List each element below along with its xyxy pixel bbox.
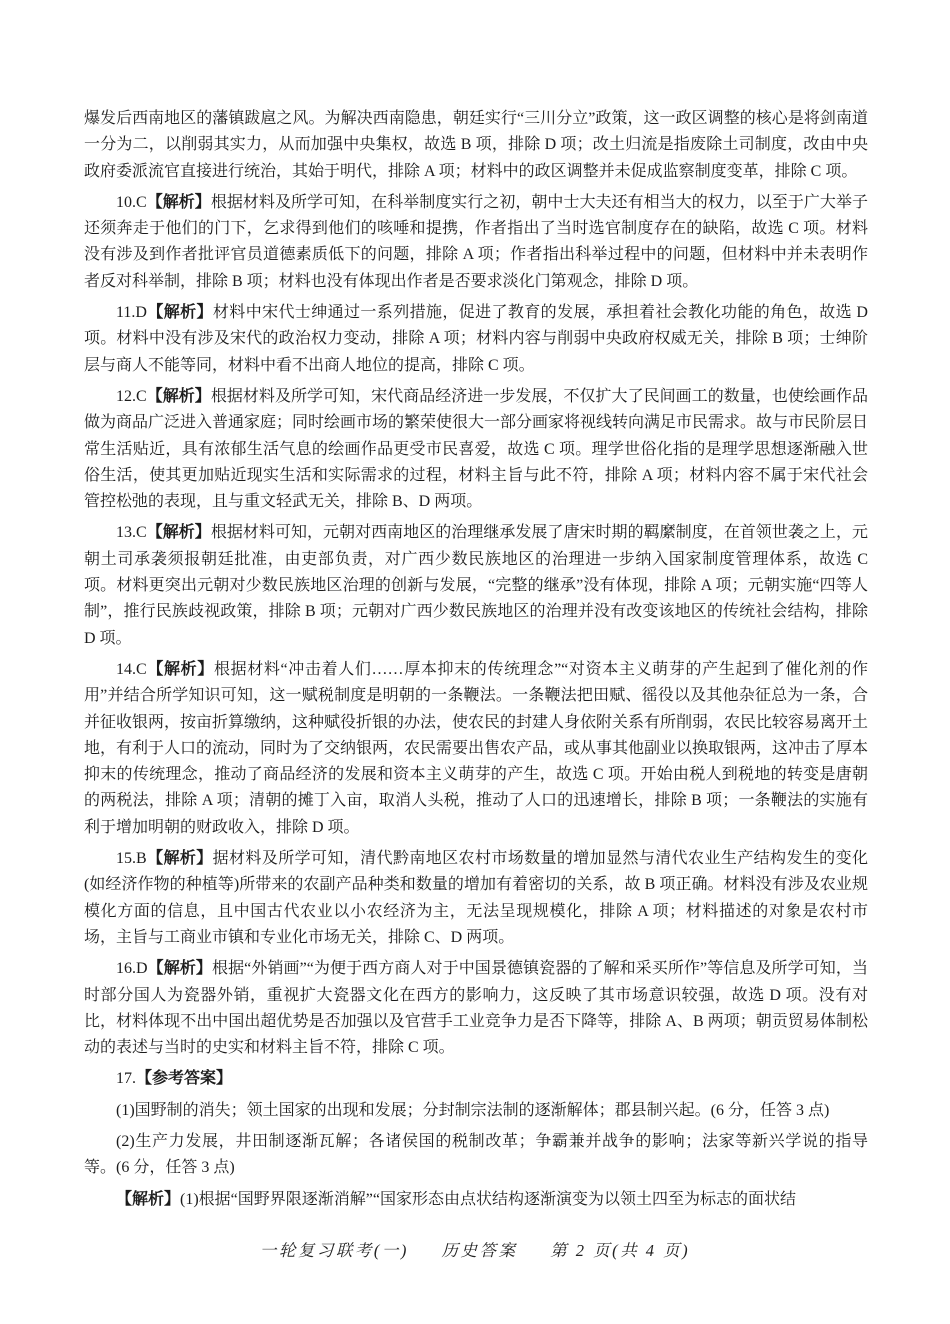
answer-13: 13.C【解析】根据材料可知，元朝对西南地区的治理继承发展了唐宋时期的羁縻制度，… [84, 520, 868, 651]
answer-12: 12.C【解析】根据材料及所学可知，宋代商品经济进一步发展，不仅扩大了民间画工的… [84, 384, 868, 515]
answer-16: 16.D【解析】根据“外销画”“为便于西方商人对于中国景德镇瓷器的了解和采买所作… [84, 956, 868, 1061]
bold-label: 【解析】 [147, 850, 213, 867]
footer-page-info: 第 2 页(共 4 页) [550, 1241, 690, 1260]
text-run: 17. [116, 1070, 136, 1087]
footer-exam-name: 一轮复习联考(一) [260, 1241, 409, 1260]
text-run: 15.B [116, 850, 147, 867]
text-run: 16.D [116, 960, 148, 977]
footer-subject: 历史答案 [442, 1241, 518, 1260]
text-run: 14.C [116, 661, 147, 678]
bold-label: 【解析】 [147, 388, 211, 405]
answer-17-point-1: (1)国野制的消失；领土国家的出现和发展；分封制宗法制的逐渐解体；郡县制兴起。(… [84, 1098, 868, 1124]
answer-9-continuation: 爆发后西南地区的藩镇跋扈之风。为解决西南隐患，朝廷实行“三川分立”政策，这一政区… [84, 106, 868, 185]
answer-14: 14.C【解析】根据材料“冲击着人们……厚本抑末的传统理念”“对资本主义萌芽的产… [84, 657, 868, 841]
text-run: 爆发后西南地区的藩镇跋扈之风。为解决西南隐患，朝廷实行“三川分立”政策，这一政区… [84, 110, 868, 180]
bold-label: 【解析】 [148, 960, 212, 977]
answer-15: 15.B【解析】据材料及所学可知，清代黔南地区农村市场数量的增加显然与清代农业生… [84, 846, 868, 951]
text-run: (2)生产力发展，井田制逐渐瓦解；各诸侯国的税制改革；争霸兼并战争的影响；法家等… [84, 1133, 868, 1176]
answer-content: 爆发后西南地区的藩镇跋扈之风。为解决西南隐患，朝廷实行“三川分立”政策，这一政区… [84, 106, 868, 1218]
text-run: 10.C [116, 194, 147, 211]
bold-label: 【解析】 [147, 524, 211, 541]
page-footer: 一轮复习联考(一) 历史答案 第 2 页(共 4 页) [0, 1237, 950, 1261]
text-run: 根据材料及所学可知，宋代商品经济进一步发展，不仅扩大了民间画工的数量，也使绘画作… [84, 388, 868, 510]
answer-11: 11.D【解析】材料中宋代士绅通过一系列措施，促进了教育的发展，承担着社会教化功… [84, 300, 868, 379]
bold-label: 【参考答案】 [136, 1070, 232, 1087]
text-run: 根据材料“冲击着人们……厚本抑末的传统理念”“对资本主义萌芽的产生起到了催化剂的… [84, 661, 868, 836]
answer-17-header: 17.【参考答案】 [84, 1066, 868, 1092]
bold-label: 【解析】 [147, 194, 211, 211]
answer-10: 10.C【解析】根据材料及所学可知，在科举制度实行之初，朝中士大夫还有相当大的权… [84, 190, 868, 295]
text-run: 11.D [116, 304, 147, 321]
text-run: 根据材料可知，元朝对西南地区的治理继承发展了唐宋时期的羁縻制度，在首领世袭之上，… [84, 524, 868, 646]
text-run: 13.C [116, 524, 147, 541]
bold-label: 【解析】 [147, 304, 213, 321]
text-run: 12.C [116, 388, 147, 405]
answer-17-analysis: 【解析】(1)根据“国野界限逐渐消解”“国家形态由点状结构逐渐演变为以领土四至为… [84, 1187, 868, 1213]
bold-label: 【解析】 [147, 661, 214, 678]
text-run: (1)国野制的消失；领土国家的出现和发展；分封制宗法制的逐渐解体；郡县制兴起。(… [116, 1102, 829, 1119]
bold-label: 【解析】 [116, 1191, 180, 1208]
text-run: (1)根据“国野界限逐渐消解”“国家形态由点状结构逐渐演变为以领土四至为标志的面… [180, 1191, 796, 1208]
answer-17-point-2: (2)生产力发展，井田制逐渐瓦解；各诸侯国的税制改革；争霸兼并战争的影响；法家等… [84, 1129, 868, 1182]
